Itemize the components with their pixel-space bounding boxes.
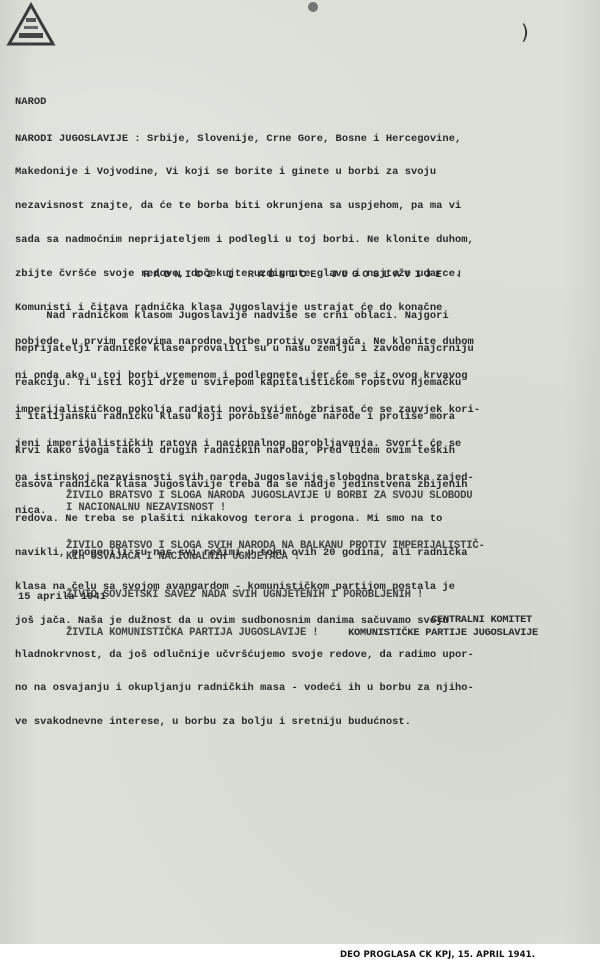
- margin-mark: ): [521, 20, 529, 44]
- ink-blot-mark: [308, 2, 318, 12]
- text-line: Makedonije i Vojvodine, Vi koji se borit…: [15, 167, 480, 178]
- triangle-stamp-icon: [6, 2, 56, 48]
- text-line: reakciju. Ti isti koji drže u svirepom k…: [15, 378, 474, 389]
- text-line: NARODI JUGOSLAVIJE : Srbije, Slovenije, …: [15, 134, 480, 145]
- section-heading: RADNICI I RADNICE JUGOSLAVIJE !: [0, 269, 600, 281]
- salutation: NAROD: [15, 97, 46, 108]
- image-caption: DEO PROGLASA CK KPJ, 15. APRIL 1941.: [340, 950, 535, 960]
- text-line: no na osvajanju i okupljanju radničkih m…: [15, 683, 474, 694]
- signature-block: CENTRALNI KOMITET KOMUNISTIČKE PARTIJE J…: [290, 614, 538, 640]
- text-line: sada sa nadmoćnim neprijateljem i podleg…: [15, 235, 480, 246]
- text-line: neprijatelji radničke klase provalili su…: [15, 344, 474, 355]
- document-date: 15 aprila 1941: [18, 592, 106, 603]
- text-line: Nad radničkom klasom Jugoslavije nadviše…: [15, 311, 474, 322]
- text-line: nezavisnost znajte, da će te borba biti …: [15, 201, 480, 212]
- text-line: i italijansku radničku klasu koji porobi…: [15, 412, 474, 423]
- text-line: krvi kako svoga tako i drugih radničkih …: [15, 446, 474, 457]
- signature-line-1: CENTRALNI KOMITET: [290, 614, 538, 627]
- document-scan: ) NAROD NARODI JUGOSLAVIJE : Srbije, Slo…: [0, 0, 600, 944]
- slogan: ŽIVILO BRATSVO I SLOGA NARODA JUGOSLAVIJ…: [66, 491, 485, 514]
- signature-line-2: KOMUNISTIČKE PARTIJE JUGOSLAVIJE: [290, 627, 538, 640]
- text-line: ve svakodnevne interese, u borbu za bolj…: [15, 717, 474, 728]
- slogan: ŽIVIO SOVJETSKI SAVEZ NADA SVIH UGNJETEN…: [66, 590, 485, 602]
- slogan: ŽIVILO BRATSVO I SLOGA SVIH NARODA NA BA…: [66, 541, 485, 564]
